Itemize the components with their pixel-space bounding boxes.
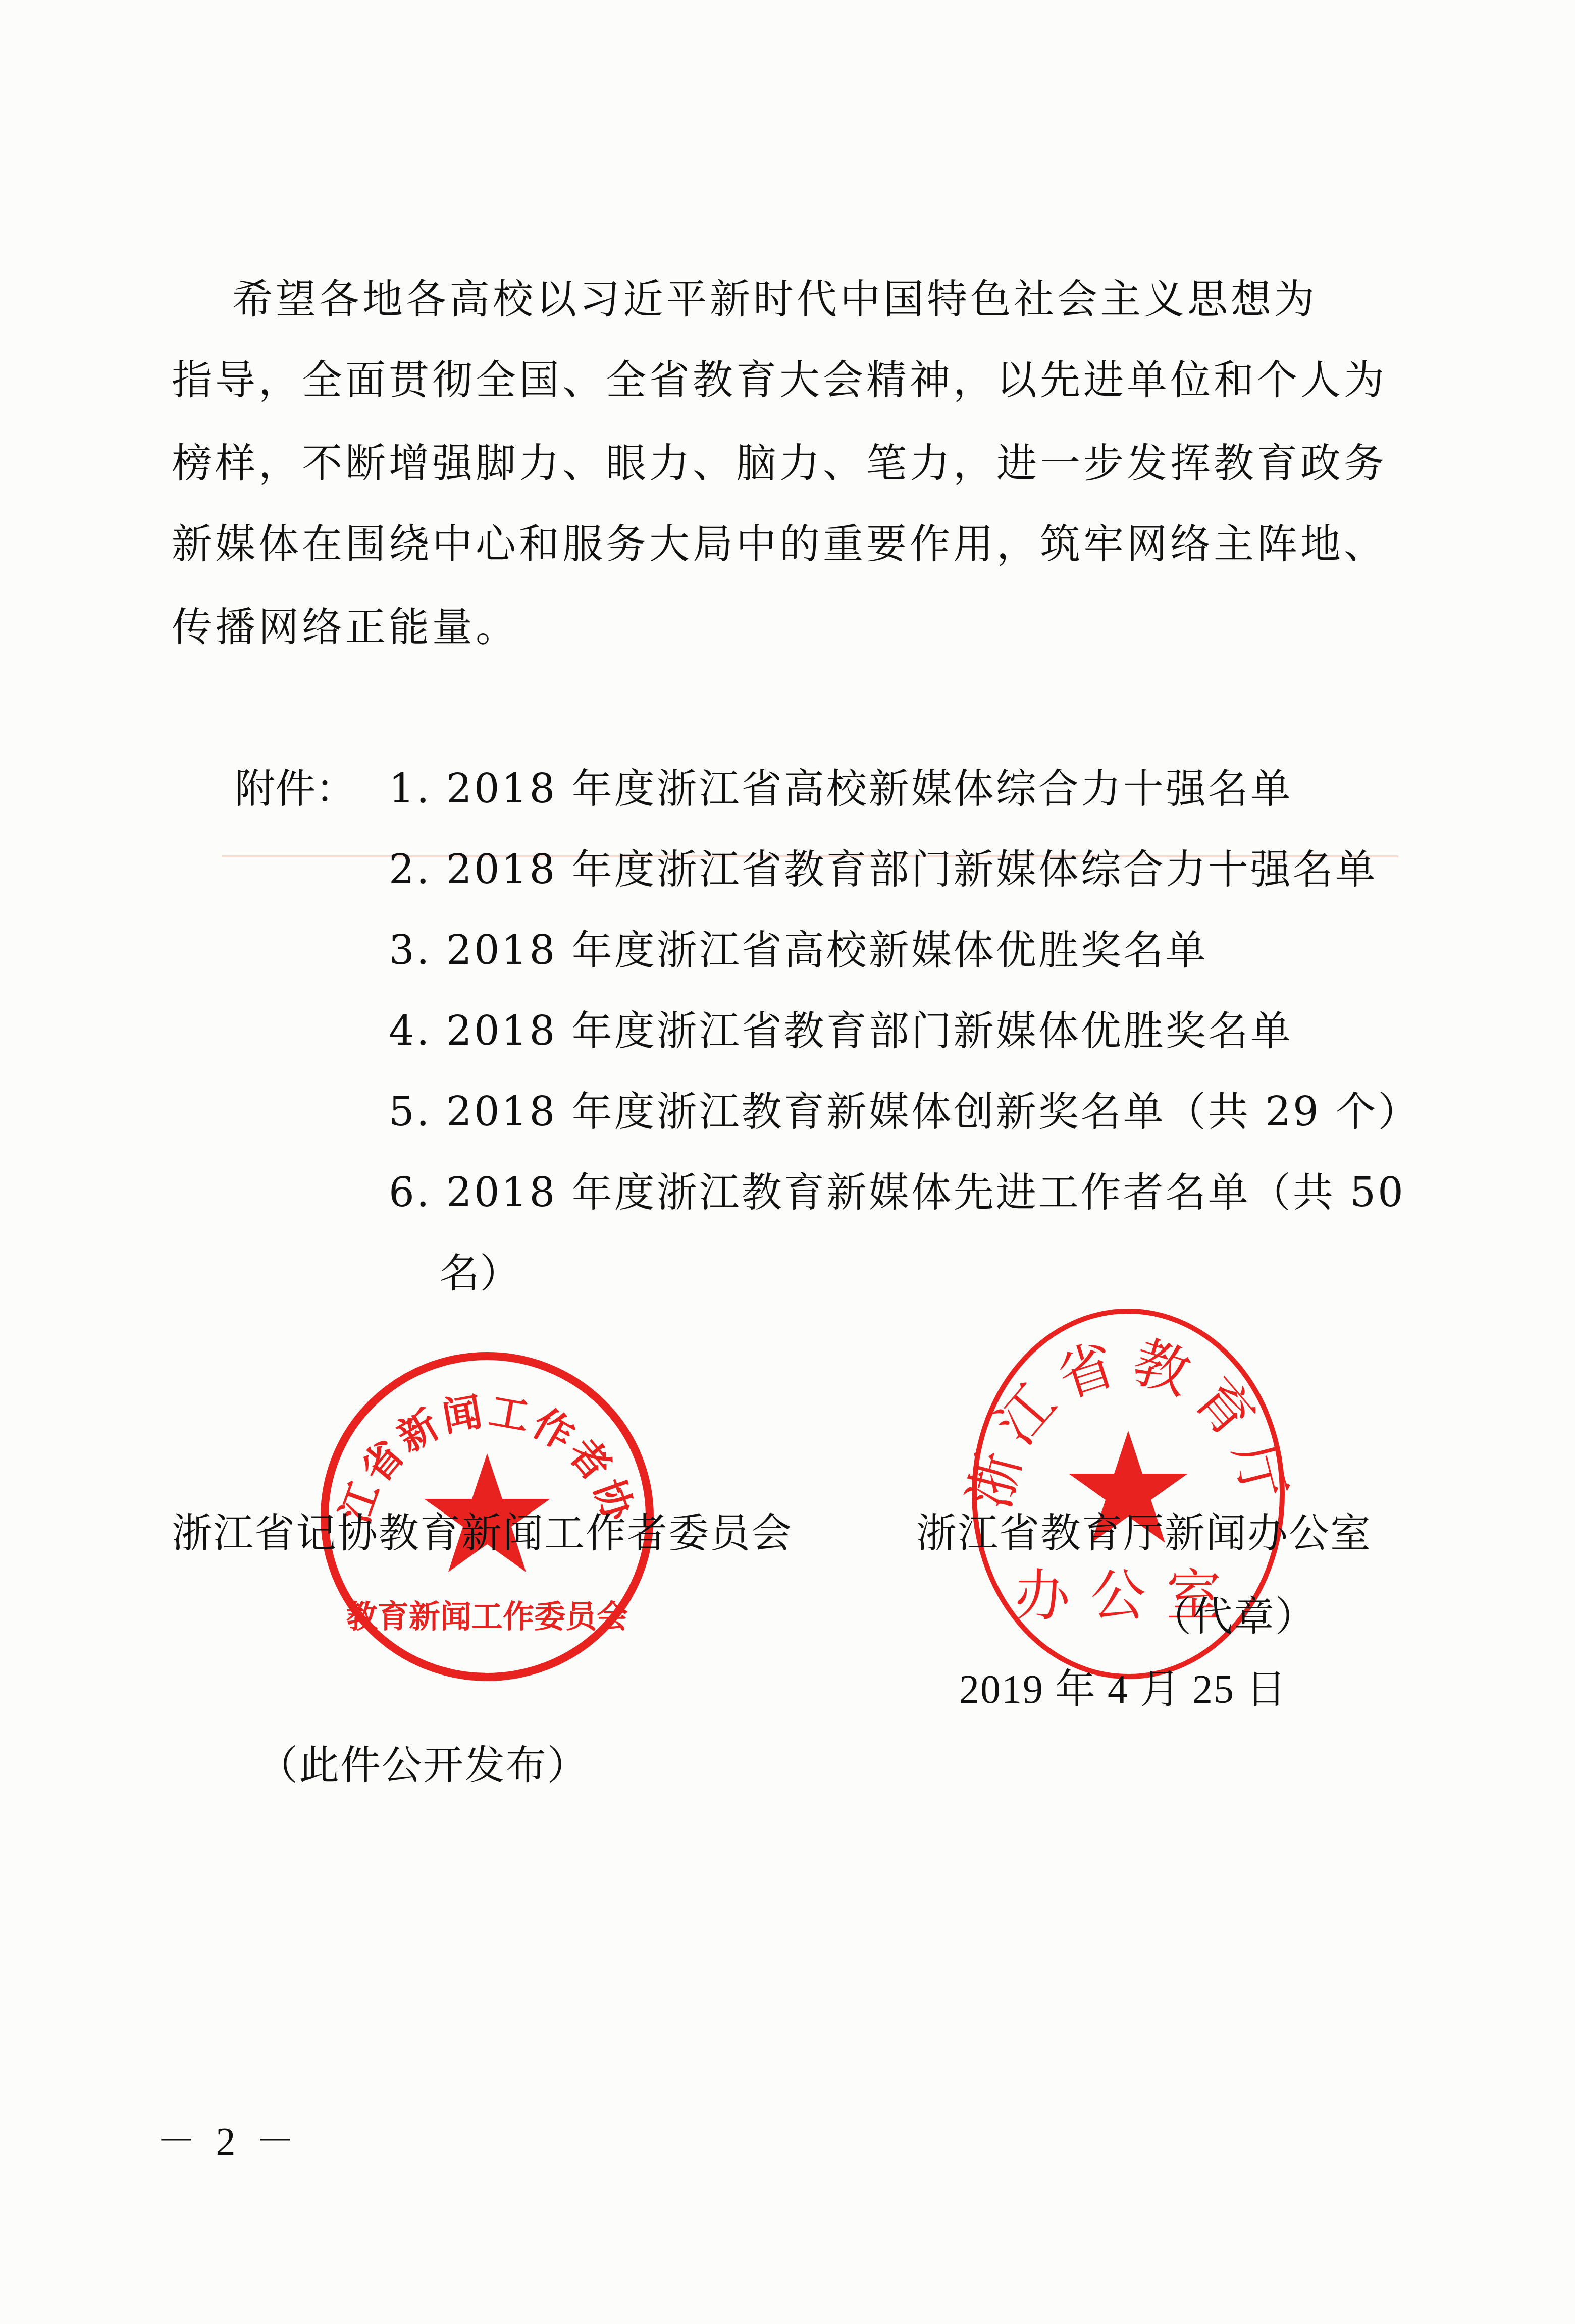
paragraph-line: 希望各地各高校以习近平新时代中国特色社会主义思想为 — [232, 275, 1318, 323]
document-date: 2019 年 4 月 25 日 — [959, 1665, 1287, 1714]
svg-text:教育新闻工作委员会: 教育新闻工作委员会 — [346, 1598, 628, 1635]
attachment-item: 2. 2018 年度浙江省教育部门新媒体综合力十强名单 — [389, 845, 1378, 894]
page-number: － 2 － — [156, 2110, 300, 2166]
seal-note: （代章） — [1151, 1592, 1317, 1641]
paragraph-line: 新媒体在围绕中心和服务大局中的重要作用，筑牢网络主阵地、 — [172, 520, 1387, 568]
attachment-item: 4. 2018 年度浙江省教育部门新媒体优胜奖名单 — [389, 1007, 1293, 1055]
attachment-item-continuation: 名） — [439, 1249, 520, 1298]
paragraph-line: 榜样，不断增强脚力、眼力、脑力、笔力，进一步发挥教育政务 — [172, 439, 1387, 488]
signatory-right: 浙江省教育厅新闻办公室 — [916, 1509, 1372, 1557]
attachments-label: 附件： — [235, 765, 356, 813]
paragraph-line: 指导，全面贯彻全国、全省教育大会精神，以先进单位和个人为 — [172, 356, 1387, 404]
paragraph-line: 传播网络正能量。 — [172, 603, 519, 652]
signatory-left: 浙江省记协教育新闻工作者委员会 — [172, 1509, 793, 1557]
publish-note: （此件公开发布） — [257, 1741, 589, 1790]
attachment-item: 5. 2018 年度浙江教育新媒体创新奖名单（共 29 个） — [389, 1088, 1420, 1136]
attachment-item: 3. 2018 年度浙江省高校新媒体优胜奖名单 — [389, 926, 1208, 975]
attachment-item: 6. 2018 年度浙江教育新媒体先进工作者名单（共 50 — [389, 1168, 1405, 1217]
attachment-item: 1. 2018 年度浙江省高校新媒体综合力十强名单 — [389, 765, 1293, 813]
